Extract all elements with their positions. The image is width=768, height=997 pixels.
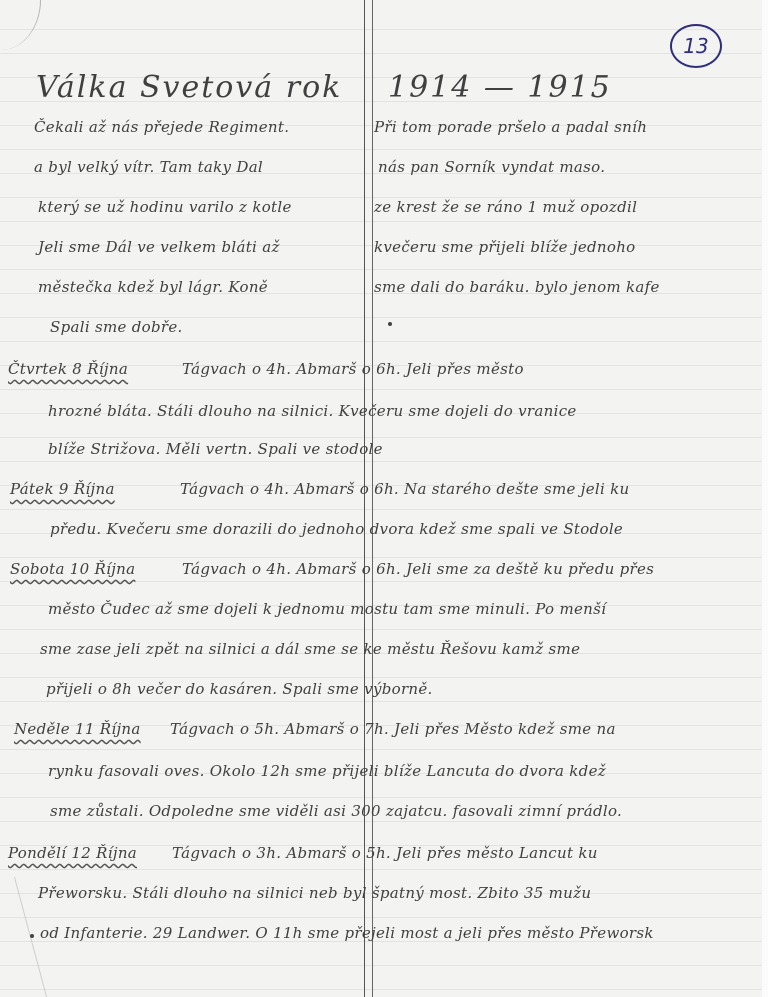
page-number-circle: 13 bbox=[670, 24, 722, 68]
title-right: 1914 — 1915 bbox=[388, 70, 612, 105]
left-col-line: a byl velký vítr. Tam taky Dal bbox=[34, 158, 263, 176]
left-col-line: městečka kdež byl lágr. Koně bbox=[38, 278, 268, 296]
right-col-line: Při tom porade pršelo a padal sníh bbox=[374, 118, 647, 136]
entry-line: sme zase jeli zpět na silnici a dál sme … bbox=[40, 640, 580, 658]
page-edge bbox=[762, 0, 768, 997]
left-col-line: který se už hodinu varilo z kotle bbox=[38, 198, 292, 216]
entry-date: Neděle 11 Října bbox=[14, 720, 141, 738]
entry-line: Tágvach o 4h. Abmarš o 6h. Jeli přes měs… bbox=[182, 360, 524, 378]
right-col-line: ze krest že se ráno 1 muž opozdil bbox=[374, 198, 637, 216]
entry-line: město Čudec až sme dojeli k jednomu most… bbox=[48, 600, 606, 618]
title-left: Válka Svetová rok bbox=[36, 70, 342, 105]
entry-line: Přeworsku. Stáli dlouho na silnici neb b… bbox=[38, 884, 591, 902]
right-col-line: kvečeru sme přijeli blíže jednoho bbox=[374, 238, 636, 256]
left-col-line: Spali sme dobře. bbox=[50, 318, 183, 336]
entry-date: Pondělí 12 Října bbox=[8, 844, 137, 862]
entry-line: od Infanterie. 29 Landwer. O 11h sme pře… bbox=[40, 924, 654, 942]
entry-date: Sobota 10 Října bbox=[10, 560, 135, 578]
entry-date: Čtvrtek 8 Října bbox=[8, 360, 128, 378]
entry-line: blíže Strižova. Měli vertn. Spali ve sto… bbox=[48, 440, 383, 458]
entry-line: hrozné bláta. Stáli dlouho na silnici. K… bbox=[48, 402, 577, 420]
entry-line: Tágvach o 4h. Abmarš o 6h. Jeli sme za d… bbox=[182, 560, 654, 578]
ink-dot bbox=[30, 934, 34, 938]
entry-line: Tágvach o 4h. Abmarš o 6h. Na starého de… bbox=[180, 480, 630, 498]
entry-line: sme zůstali. Odpoledne sme viděli asi 30… bbox=[50, 802, 622, 820]
right-col-line: sme dali do baráku. bylo jenom kafe bbox=[374, 278, 660, 296]
entry-line: přijeli o 8h večer do kasáren. Spali sme… bbox=[46, 680, 433, 698]
left-col-line: Čekali až nás přejede Regiment. bbox=[34, 118, 289, 136]
entry-line: Tágvach o 5h. Abmarš o 7h. Jeli přes Měs… bbox=[170, 720, 616, 738]
entry-line: Tágvach o 3h. Abmarš o 5h. Jeli přes měs… bbox=[172, 844, 598, 862]
page-number: 13 bbox=[683, 34, 708, 58]
entry-date: Pátek 9 Října bbox=[10, 480, 115, 498]
entry-line: rynku fasovali oves. Okolo 12h sme přije… bbox=[48, 762, 606, 780]
right-col-line: nás pan Sorník vyndat maso. bbox=[378, 158, 605, 176]
left-col-line: Jeli sme Dál ve velkem bláti až bbox=[38, 238, 280, 256]
ink-dot bbox=[388, 322, 392, 326]
entry-line: předu. Kvečeru sme dorazili do jednoho d… bbox=[50, 520, 623, 538]
